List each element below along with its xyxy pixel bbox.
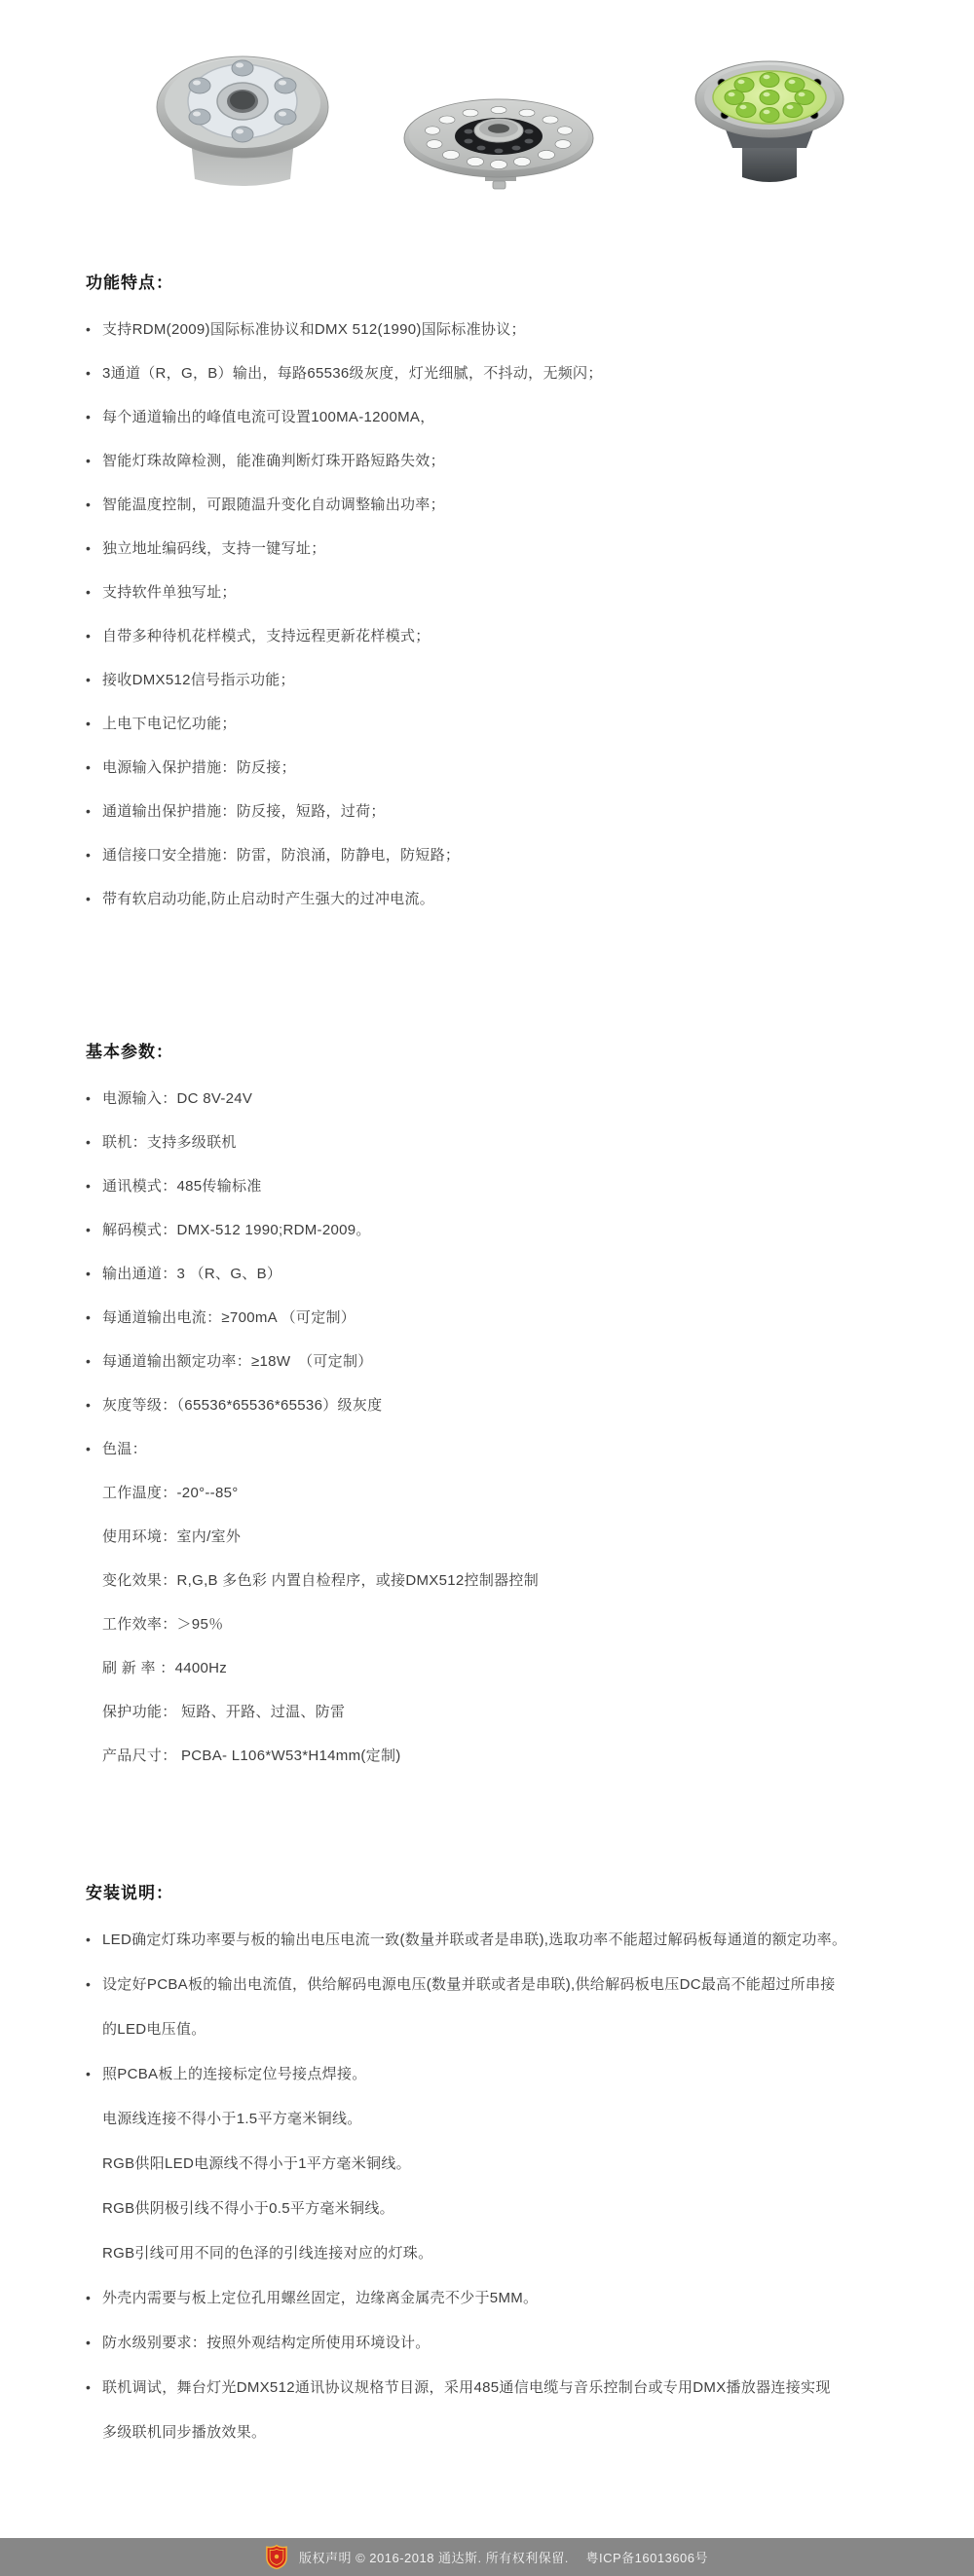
params-item-text: 保护功能： 短路、开路、过温、防雷 — [102, 1702, 345, 1722]
product-photo-recessed-green-light — [692, 53, 847, 189]
bullet-dot: • — [86, 889, 102, 909]
install-item: •外壳内需要与板上定位孔用螺丝固定，边缘离金属壳不少于5MM。 — [86, 2288, 846, 2333]
bullet-dot: • — [86, 1930, 102, 1950]
install-item: •防水级别要求：按照外观结构定所使用环境设计。 — [86, 2333, 846, 2377]
features-item-text: 通道输出保护措施：防反接，短路，过荷； — [102, 801, 386, 822]
params-item: •色温： — [86, 1439, 539, 1483]
recessed-light-illustration — [692, 53, 847, 189]
bullet-dot: • — [86, 757, 102, 778]
features-item: •支持RDM(2009)国际标准协议和DMX 512(1990)国际标准协议； — [86, 319, 603, 363]
features-item: •带有软启动功能,防止启动时产生强大的过冲电流。 — [86, 889, 603, 933]
params-item-text: 色温： — [102, 1439, 147, 1459]
features-item-text: 支持软件单独写址； — [102, 582, 237, 603]
install-item: •RGB供阳LED电源线不得小于1平方毫米铜线。 — [86, 2153, 846, 2198]
section-features: 功能特点： •支持RDM(2009)国际标准协议和DMX 512(1990)国际… — [86, 269, 603, 933]
bullet-dot: • — [86, 845, 102, 865]
bullet-dot: • — [86, 538, 102, 559]
product-photo-fountain-light-disc — [401, 90, 596, 193]
features-item-text: 接收DMX512信号指示功能； — [102, 670, 295, 690]
bullet-dot: • — [86, 714, 102, 734]
install-list: •LED确定灯珠功率要与板的输出电压电流一致(数量并联或者是串联),选取功率不能… — [86, 1930, 846, 2467]
features-item-text: 电源输入保护措施：防反接； — [102, 757, 296, 778]
features-item: •上电下电记忆功能； — [86, 714, 603, 757]
features-item-text: 上电下电记忆功能； — [102, 714, 237, 734]
features-item: •自带多种待机花样模式，支持远程更新花样模式； — [86, 626, 603, 670]
bullet-dot: • — [86, 2288, 102, 2308]
security-shield-badge-icon — [266, 2544, 287, 2570]
install-item: •的LED电压值。 — [86, 2019, 846, 2064]
features-item: •支持软件单独写址； — [86, 582, 603, 626]
params-item: •使用环境：室内/室外 — [86, 1527, 539, 1570]
bullet-dot: • — [86, 363, 102, 384]
bullet-dot: • — [86, 2064, 102, 2084]
features-item-text: 自带多种待机花样模式，支持远程更新花样模式； — [102, 626, 431, 646]
params-item: •每通道输出电流：≥700mA （可定制） — [86, 1307, 539, 1351]
section-installation-notes: 安装说明： •LED确定灯珠功率要与板的输出电压电流一致(数量并联或者是串联),… — [86, 1879, 846, 2467]
bullet-dot: • — [86, 2333, 102, 2353]
install-item-text: 的LED电压值。 — [102, 2019, 206, 2040]
install-item-text: 联机调试，舞台灯光DMX512通讯协议规格节目源，采用485通信电缆与音乐控制台… — [102, 2377, 831, 2398]
features-item-text: 带有软启动功能,防止启动时产生强大的过冲电流。 — [102, 889, 434, 909]
params-item: •工作效率：＞95％ — [86, 1614, 539, 1658]
bullet-dot: • — [86, 495, 102, 515]
footer-bar: 版权声明 © 2016-2018 通达斯. 所有权利保留. 粤ICP备16013… — [0, 2538, 974, 2576]
bullet-dot: • — [86, 801, 102, 822]
install-item-text: RGB引线可用不同的色泽的引线连接对应的灯珠。 — [102, 2243, 432, 2263]
params-item-text: 工作温度：-20°--85° — [102, 1483, 239, 1503]
bullet-dot: • — [86, 1351, 102, 1372]
params-item: •保护功能： 短路、开路、过温、防雷 — [86, 1702, 539, 1746]
section-basic-parameters: 基本参数： •电源输入：DC 8V-24V•联机：支持多级联机•通讯模式：485… — [86, 1038, 539, 1789]
install-item-text: 电源线连接不得小于1.5平方毫米铜线。 — [102, 2109, 362, 2129]
features-item: •通信接口安全措施：防雷，防浪涌，防静电，防短路； — [86, 845, 603, 889]
features-item: •接收DMX512信号指示功能； — [86, 670, 603, 714]
product-photo-underwater-light-6led — [154, 47, 331, 193]
bullet-dot: • — [86, 582, 102, 603]
features-item-text: 独立地址编码线，支持一键写址； — [102, 538, 326, 559]
params-item: •变化效果：R,G,B 多色彩 内置自检程序，或接DMX512控制器控制 — [86, 1570, 539, 1614]
params-item-text: 使用环境：室内/室外 — [102, 1527, 241, 1547]
params-item: •电源输入：DC 8V-24V — [86, 1088, 539, 1132]
install-item-text: LED确定灯珠功率要与板的输出电压电流一致(数量并联或者是串联),选取功率不能超… — [102, 1930, 846, 1950]
bullet-dot: • — [86, 451, 102, 471]
params-item: •每通道输出额定功率：≥18W （可定制） — [86, 1351, 539, 1395]
features-item: •3通道（R，G，B）输出，每路65536级灰度，灯光细腻，不抖动，无频闪； — [86, 363, 603, 407]
params-item: •联机：支持多级联机 — [86, 1132, 539, 1176]
params-item-text: 灰度等级：（65536*65536*65536）级灰度 — [102, 1395, 382, 1416]
params-item: •工作温度：-20°--85° — [86, 1483, 539, 1527]
params-item-text: 输出通道：3 （R、G、B） — [102, 1264, 281, 1284]
install-item: •设定好PCBA板的输出电流值，供给解码电源电压(数量并联或者是串联),供给解码… — [86, 1974, 846, 2019]
features-item: •智能温度控制，可跟随温升变化自动调整输出功率； — [86, 495, 603, 538]
params-item-text: 产品尺寸： PCBA- L106*W53*H14mm(定制) — [102, 1746, 401, 1766]
features-item-text: 3通道（R，G，B）输出，每路65536级灰度，灯光细腻，不抖动，无频闪； — [102, 363, 603, 384]
features-list: •支持RDM(2009)国际标准协议和DMX 512(1990)国际标准协议；•… — [86, 319, 603, 933]
params-item-text: 每通道输出电流：≥700mA （可定制） — [102, 1307, 356, 1328]
features-item-text: 每个通道输出的峰值电流可设置100MA-1200MA， — [102, 407, 435, 427]
bullet-dot: • — [86, 1307, 102, 1328]
params-list: •电源输入：DC 8V-24V•联机：支持多级联机•通讯模式：485传输标准•解… — [86, 1088, 539, 1789]
params-heading: 基本参数： — [86, 1038, 539, 1062]
install-item-text: 多级联机同步播放效果。 — [102, 2422, 266, 2443]
features-item-text: 智能温度控制，可跟随温升变化自动调整输出功率； — [102, 495, 445, 515]
params-item: •通讯模式：485传输标准 — [86, 1176, 539, 1220]
params-item-text: 工作效率：＞95％ — [102, 1614, 223, 1635]
params-item: •刷 新 率 ：4400Hz — [86, 1658, 539, 1702]
params-item: •产品尺寸： PCBA- L106*W53*H14mm(定制) — [86, 1746, 539, 1789]
bullet-dot: • — [86, 407, 102, 427]
install-item: •RGB供阴极引线不得小于0.5平方毫米铜线。 — [86, 2198, 846, 2243]
params-item: •灰度等级：（65536*65536*65536）级灰度 — [86, 1395, 539, 1439]
install-item-text: 照PCBA板上的连接标定位号接点焊接。 — [102, 2064, 367, 2084]
features-item: •每个通道输出的峰值电流可设置100MA-1200MA， — [86, 407, 603, 451]
params-item-text: 变化效果：R,G,B 多色彩 内置自检程序，或接DMX512控制器控制 — [102, 1570, 539, 1591]
bullet-dot: • — [86, 1974, 102, 1995]
params-item-text: 刷 新 率 ：4400Hz — [102, 1658, 227, 1678]
bullet-dot: • — [86, 670, 102, 690]
features-item: •独立地址编码线，支持一键写址； — [86, 538, 603, 582]
params-item-text: 通讯模式：485传输标准 — [102, 1176, 262, 1196]
bullet-dot: • — [86, 319, 102, 340]
bullet-dot: • — [86, 2377, 102, 2398]
install-item: •电源线连接不得小于1.5平方毫米铜线。 — [86, 2109, 846, 2153]
params-item-text: 解码模式：DMX-512 1990;RDM-2009。 — [102, 1220, 371, 1240]
install-item: •联机调试，舞台灯光DMX512通讯协议规格节目源，采用485通信电缆与音乐控制… — [86, 2377, 846, 2422]
params-item-text: 电源输入：DC 8V-24V — [102, 1088, 252, 1109]
features-item-text: 通信接口安全措施：防雷，防浪涌，防静电，防短路； — [102, 845, 460, 865]
install-item-text: 设定好PCBA板的输出电流值，供给解码电源电压(数量并联或者是串联),供给解码板… — [102, 1974, 836, 1995]
features-item: •智能灯珠故障检测，能准确判断灯珠开路短路失效； — [86, 451, 603, 495]
bullet-dot: • — [86, 1176, 102, 1196]
features-item: •电源输入保护措施：防反接； — [86, 757, 603, 801]
bullet-dot: • — [86, 1088, 102, 1109]
copyright-text: 版权声明 © 2016-2018 通达斯. 所有权利保留. 粤ICP备16013… — [299, 2548, 708, 2566]
bullet-dot: • — [86, 1395, 102, 1416]
install-item-text: 防水级别要求：按照外观结构定所使用环境设计。 — [102, 2333, 431, 2353]
features-heading: 功能特点： — [86, 269, 603, 293]
product-detail-page: 功能特点： •支持RDM(2009)国际标准协议和DMX 512(1990)国际… — [0, 0, 974, 2576]
install-item: •照PCBA板上的连接标定位号接点焊接。 — [86, 2064, 846, 2109]
bullet-dot: • — [86, 1132, 102, 1153]
params-item-text: 每通道输出额定功率：≥18W （可定制） — [102, 1351, 373, 1372]
bullet-dot: • — [86, 626, 102, 646]
features-item-text: 智能灯珠故障检测，能准确判断灯珠开路短路失效； — [102, 451, 445, 471]
fountain-light-illustration — [401, 90, 596, 193]
install-item: •RGB引线可用不同的色泽的引线连接对应的灯珠。 — [86, 2243, 846, 2288]
underwater-light-illustration — [154, 47, 331, 193]
install-item: •多级联机同步播放效果。 — [86, 2422, 846, 2467]
install-item-text: RGB供阴极引线不得小于0.5平方毫米铜线。 — [102, 2198, 394, 2219]
bullet-dot: • — [86, 1264, 102, 1284]
install-item-text: RGB供阳LED电源线不得小于1平方毫米铜线。 — [102, 2153, 411, 2174]
bullet-dot: • — [86, 1220, 102, 1240]
features-item: •通道输出保护措施：防反接，短路，过荷； — [86, 801, 603, 845]
features-item-text: 支持RDM(2009)国际标准协议和DMX 512(1990)国际标准协议； — [102, 319, 526, 340]
params-item: •输出通道：3 （R、G、B） — [86, 1264, 539, 1307]
install-heading: 安装说明： — [86, 1879, 846, 1903]
params-item: •解码模式：DMX-512 1990;RDM-2009。 — [86, 1220, 539, 1264]
install-item: •LED确定灯珠功率要与板的输出电压电流一致(数量并联或者是串联),选取功率不能… — [86, 1930, 846, 1974]
install-item-text: 外壳内需要与板上定位孔用螺丝固定，边缘离金属壳不少于5MM。 — [102, 2288, 538, 2308]
bullet-dot: • — [86, 1439, 102, 1459]
product-image-row — [0, 0, 974, 224]
params-item-text: 联机：支持多级联机 — [102, 1132, 237, 1153]
